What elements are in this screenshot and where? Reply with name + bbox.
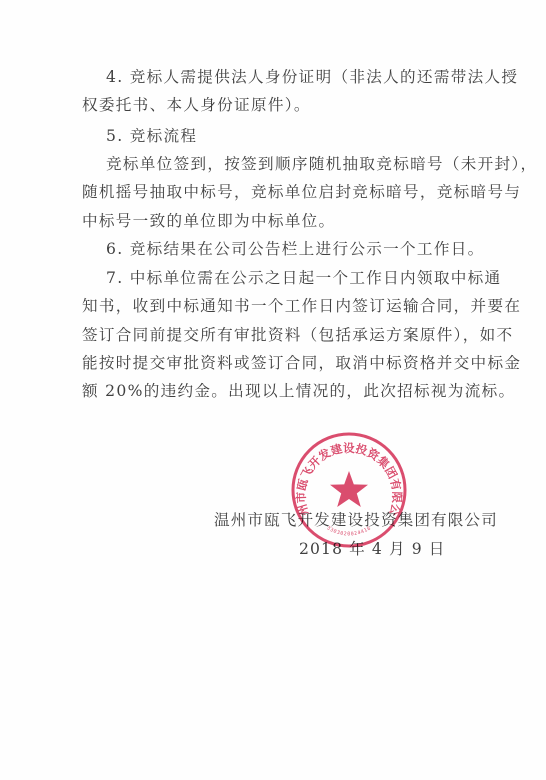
- item-6-line-1: 6. 竞标结果在公司公告栏上进行公示一个工作日。: [106, 235, 472, 263]
- document-page: 4. 竞标人需提供法人身份证明（非法人的还需带法人授 权委托书、本人身份证原件）…: [0, 0, 546, 780]
- item-4-line-1: 4. 竞标人需提供法人身份证明（非法人的还需带法人授: [106, 63, 472, 91]
- seal-serial-number: 3303020024416: [326, 525, 373, 537]
- item-7-line-5: 额 20%的违约金。出现以上情况的，此次招标视为流标。: [82, 377, 472, 405]
- item-5-heading: 5. 竞标流程: [106, 122, 472, 150]
- item-5-body-line-1: 竞标单位签到，按签到顺序随机抽取竞标暗号（未开封），: [106, 150, 472, 178]
- item-7-line-4: 能按时提交审批资料或签订合同，取消中标资格并交中标金: [82, 349, 472, 377]
- item-5-body-line-2: 随机摇号抽取中标号，竞标单位启封竞标暗号，竞标暗号与: [82, 178, 472, 206]
- svg-text:温州市瓯飞开发建设投资集团有限公司: 温州市瓯飞开发建设投资集团有限公司: [290, 431, 404, 518]
- svg-text:3303020024416: 3303020024416: [326, 525, 373, 537]
- item-5-body-line-3: 中标号一致的单位即为中标单位。: [82, 207, 472, 235]
- seal-arc-text: 温州市瓯飞开发建设投资集团有限公司: [290, 431, 404, 518]
- company-seal-star-icon: 温州市瓯飞开发建设投资集团有限公司 3303020024416: [290, 431, 408, 549]
- item-7-line-3: 签订合同前提交所有审批资料（包括承运方案原件），如不: [82, 321, 472, 349]
- item-4-line-2: 权委托书、本人身份证原件）。: [82, 91, 472, 119]
- item-7-line-1: 7. 中标单位需在公示之日起一个工作日内领取中标通: [106, 264, 472, 292]
- item-7-line-2: 知书，收到中标通知书一个工作日内签订运输合同，并要在: [82, 292, 472, 320]
